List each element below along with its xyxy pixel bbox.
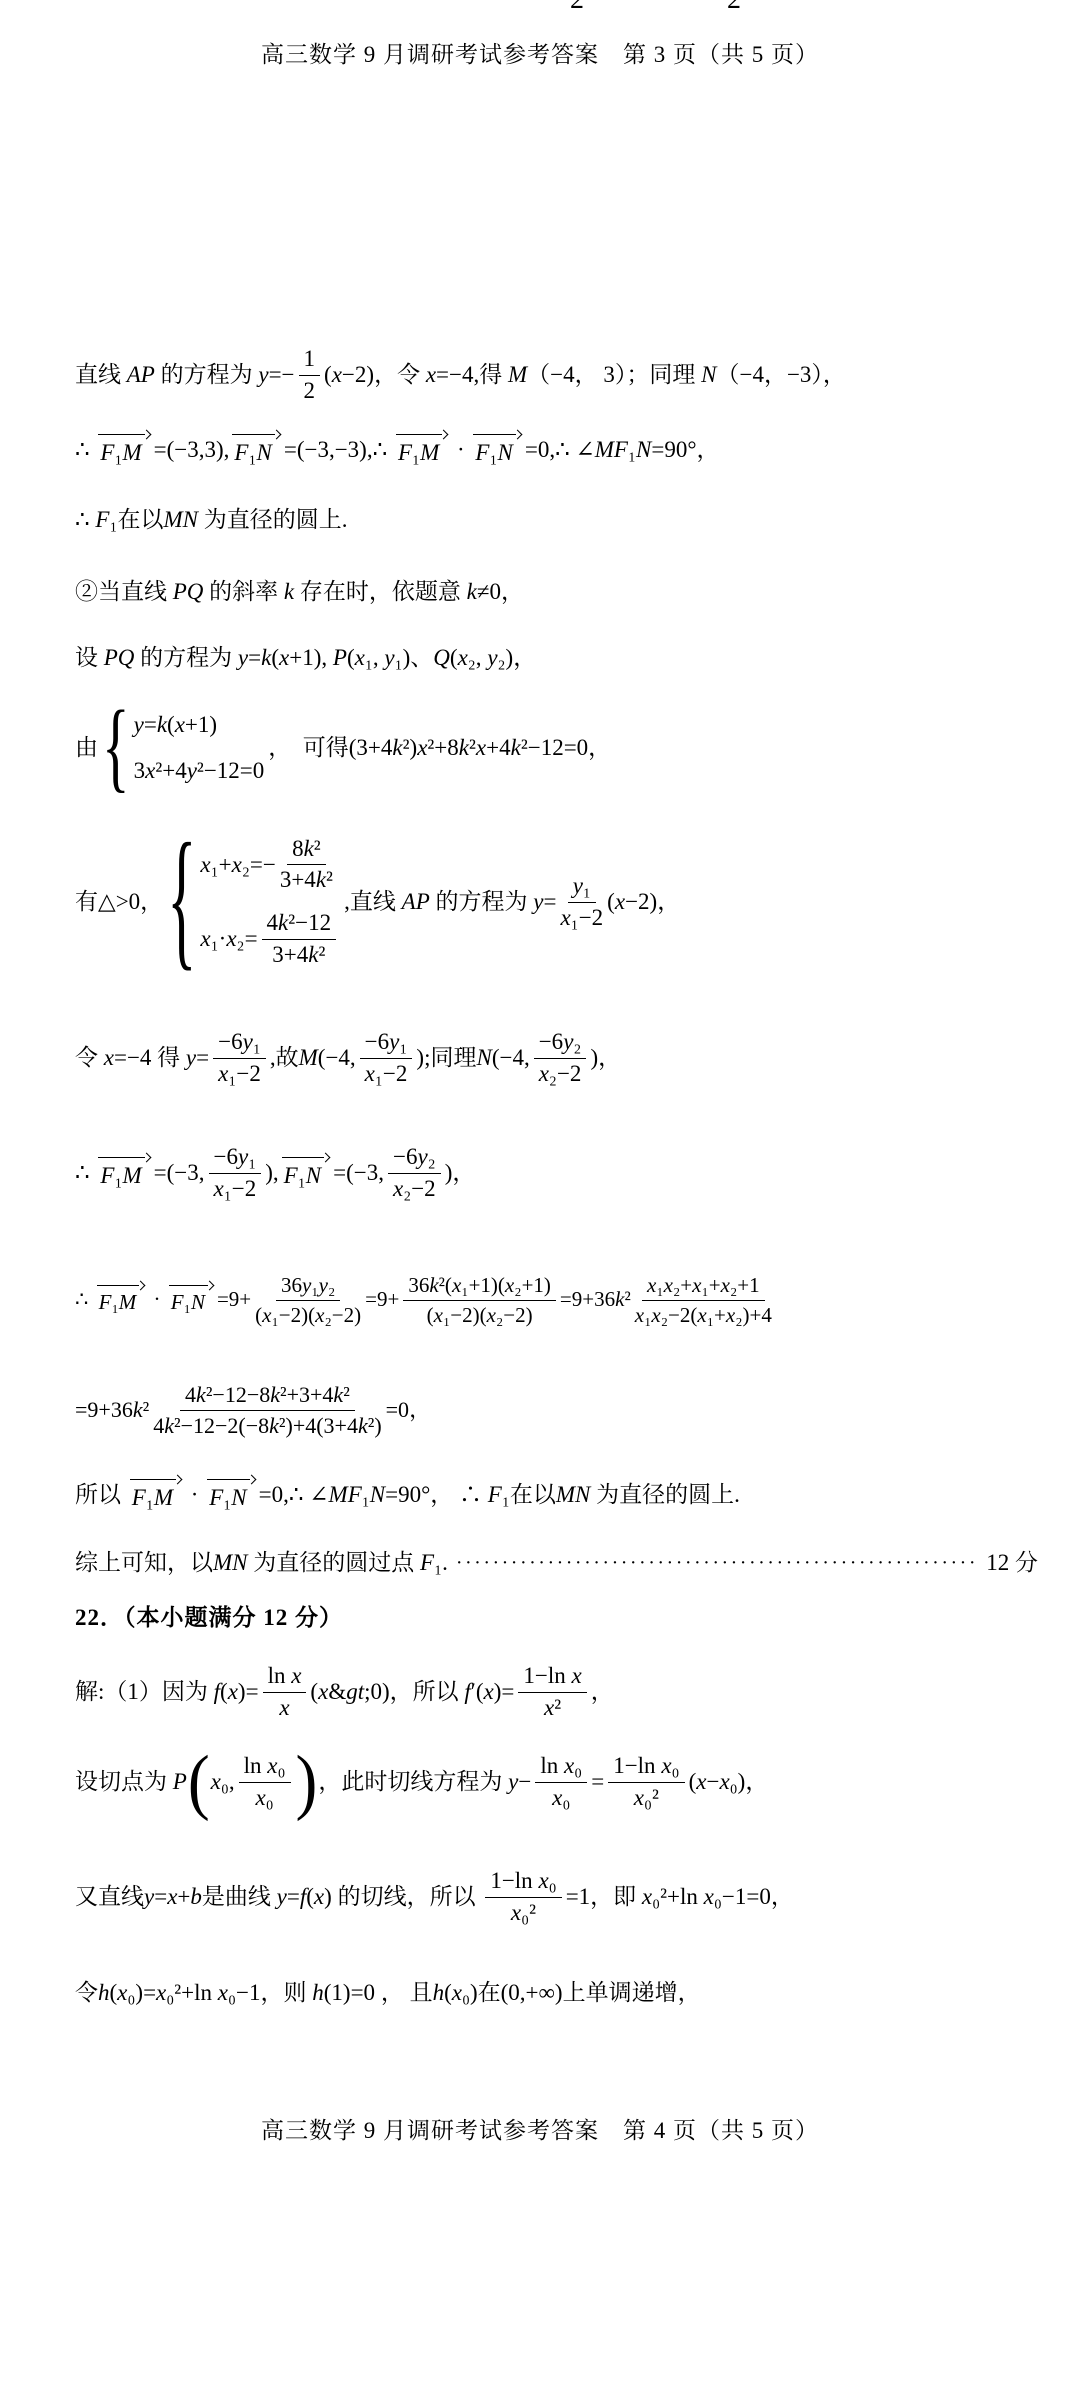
text-run: ，	[591, 1677, 614, 1707]
math-run: (0,+∞)	[501, 1978, 563, 2008]
text-run: ，	[745, 1767, 768, 1797]
math-run: Q(x₂, y₂)	[433, 643, 513, 673]
system-row: 3x²+4y²−12=0	[134, 756, 265, 786]
math-run: MN	[213, 1548, 248, 1578]
math-run: y=	[186, 1043, 209, 1073]
solution-line-4: ②当直线 PQ 的斜率 k 存在时，依题意 k≠0，	[75, 570, 1038, 614]
page4-footer: 高三数学 9 月调研考试参考答案 第 4 页（共 5 页）	[0, 2112, 1080, 2145]
text-run: ,直线	[344, 887, 402, 917]
text-run: ，	[697, 435, 720, 465]
math-run: h(x₀)=x₀²+ln x₀−1	[98, 1978, 261, 2008]
math-run: k	[284, 577, 294, 607]
math-run: =(−3,−3)	[284, 435, 367, 465]
problem-22-heading: 22．（本小题满分 12 分）	[75, 1596, 1038, 1640]
fraction-denominator: x	[279, 1693, 289, 1723]
text-run: ， ∴	[430, 1480, 488, 1510]
text-run: 设	[75, 643, 104, 673]
system-brace: {	[102, 698, 130, 799]
text-run: 令	[75, 1043, 104, 1073]
text-run: ，	[452, 1158, 475, 1188]
fraction-numerator: y₁	[568, 872, 596, 903]
fraction-numerator: 4k²−12−8k²+3+4k²	[180, 1381, 355, 1411]
fraction-denominator: x₁−2	[560, 903, 603, 933]
math-run: AP	[127, 360, 155, 390]
math-run: f′(x)=	[464, 1677, 514, 1707]
math-run: h(1)=0	[312, 1978, 375, 2008]
cutoff-fraction-digit: 2	[727, 0, 741, 16]
text-run: 解:（1）因为	[75, 1677, 214, 1707]
text-run: 在以	[117, 505, 163, 535]
math-run: ∠MF₁N=90°	[575, 435, 696, 465]
fraction-denominator: x₀²	[634, 1783, 659, 1813]
math-run: y=	[533, 887, 556, 917]
math-run: AP	[402, 887, 430, 917]
equation-system: {y=k(x+1)3x²+4y²−12=0	[102, 710, 264, 786]
math-run: =	[591, 1767, 604, 1797]
fraction-numerator: 1−ln x₀	[485, 1867, 561, 1898]
math-run: M(−4,	[299, 1043, 356, 1073]
text-run: ，	[409, 1396, 431, 1425]
math-run: ∠MF₁N=90°	[309, 1480, 430, 1510]
fraction-denominator: (x₁−2)(x₂−2)	[427, 1301, 533, 1328]
math-run: =1	[566, 1882, 590, 1912]
text-run: ，即	[590, 1882, 642, 1912]
fraction-numerator: ln x₀	[535, 1752, 587, 1783]
solution-line-18: 令h(x₀)=x₀²+ln x₀−1，则 h(1)=0 ， 且h(x₀)在(0,…	[75, 1968, 1038, 2018]
cutoff-fraction-digit: 2	[570, 0, 584, 16]
fraction-denominator: 2	[304, 376, 316, 406]
math-run: =9+36k²	[75, 1396, 149, 1425]
math-fraction: −6y₁x₁−2	[360, 1028, 413, 1089]
text-run: ，	[598, 1043, 621, 1073]
math-fraction: −6y₁x₁−2	[213, 1028, 266, 1089]
vector-overline: F₁M	[97, 1155, 151, 1191]
math-run: y=x+b	[144, 1882, 202, 1912]
vector-overline: F₁M	[129, 1477, 183, 1513]
math-fraction: ln x₀x₀	[239, 1752, 291, 1813]
text-run: ，	[771, 1882, 794, 1912]
math-run: )	[590, 1043, 598, 1073]
page3-header: 高三数学 9 月调研考试参考答案 第 3 页（共 5 页）	[0, 36, 1080, 69]
solution-line-15: 解:（1）因为 f(x)=ln xx(x&gt;0)，所以 f′(x)=1−ln…	[75, 1646, 1038, 1738]
text-run: ，	[513, 643, 536, 673]
math-run: (3+4k²)x²+8k²x+4k²−12=0	[349, 733, 588, 763]
math-fraction: 4k²−123+4k²	[262, 909, 337, 970]
text-run: ∴	[75, 1158, 95, 1188]
text-run: 存在时，依题意	[294, 577, 467, 607]
bold-text-run: 22．（本小题满分 12 分）	[75, 1603, 343, 1633]
text-run: 的方程为	[134, 643, 238, 673]
math-run: y=−	[258, 360, 294, 390]
math-fraction: 8k²3+4k²	[280, 835, 333, 896]
solution-line-11: =9+36k²4k²−12−8k²+3+4k²4k²−12−2(−8k²)+4(…	[75, 1362, 1038, 1458]
math-run: k≠0	[467, 577, 501, 607]
text-run: 直线	[75, 360, 127, 390]
math-run: M	[508, 360, 527, 390]
text-run: ， 且	[375, 1978, 433, 2008]
math-fraction: 4k²−12−8k²+3+4k²4k²−12−2(−8k²)+4(3+4k²)	[153, 1381, 381, 1439]
math-fraction: 36k²(x₁+1)(x₂+1)(x₁−2)(x₂−2)	[403, 1272, 556, 1328]
math-run: 3x²+4y²−12=0	[134, 756, 265, 786]
text-run: ，所以	[390, 1677, 465, 1707]
fraction-denominator: 3+4k²	[272, 940, 325, 970]
fraction-numerator: −6y₁	[213, 1028, 266, 1059]
dotted-leader: ········································…	[456, 1550, 976, 1576]
text-run: 的方程为	[155, 360, 259, 390]
math-fraction: ln x₀x₀	[535, 1752, 587, 1813]
text-run: ,∴	[367, 435, 393, 465]
solution-line-8: 令 x=−4 得 y=−6y₁x₁−2,故M(−4,−6y₁x₁−2);同理N(…	[75, 1012, 1038, 1104]
fraction-numerator: 8k²	[287, 835, 326, 866]
math-run: =0	[386, 1396, 409, 1425]
fraction-numerator: x₁x₂+x₁+x₂+1	[642, 1272, 765, 1300]
math-run: x₀,	[211, 1767, 235, 1797]
text-run: 有△>0，	[75, 887, 163, 917]
math-run: =(−3,3),	[154, 435, 230, 465]
math-fraction: y₁x₁−2	[560, 872, 603, 933]
fraction-numerator: ln x₀	[239, 1752, 291, 1783]
math-run: ·	[185, 1480, 204, 1510]
fraction-denominator: x₂−2	[539, 1059, 582, 1089]
math-run: (x&gt;0)	[310, 1677, 389, 1707]
math-run: (x−2)	[607, 887, 657, 917]
vector-overline: F₁N	[472, 432, 522, 468]
fraction-numerator: 36k²(x₁+1)(x₂+1)	[403, 1272, 556, 1300]
math-run: =(−3,	[333, 1158, 384, 1188]
solution-line-12: 所以 F₁M · F₁N=0,∴ ∠MF₁N=90°， ∴ F₁在以MN 为直径…	[75, 1470, 1038, 1520]
math-fraction: −6y₁x₁−2	[209, 1143, 262, 1204]
fraction-numerator: −6y₂	[388, 1143, 441, 1174]
math-run: ·	[148, 1286, 166, 1313]
text-run: 上单调递增，	[563, 1978, 701, 2008]
solution-line-3: ∴ F₁在以MN 为直径的圆上.	[75, 498, 1038, 542]
text-run: 令	[75, 1978, 98, 2008]
math-run: ),	[265, 1158, 278, 1188]
text-run: 在	[478, 1978, 501, 2008]
math-fraction: 12	[299, 345, 321, 406]
fraction-denominator: x₁x₂−2(x₁+x₂)+4	[635, 1301, 772, 1328]
vector-overline: F₁M	[96, 1283, 147, 1316]
math-run: N	[701, 360, 716, 390]
text-run: ，则	[261, 1978, 313, 2008]
text-run: 在以	[510, 1480, 556, 1510]
fraction-denominator: x₁−2	[214, 1174, 257, 1204]
solution-line-1: 直线 AP 的方程为 y=−12(x−2)，令 x=−4,得 M（−4， 3）；…	[75, 332, 1038, 418]
math-run: PQ	[104, 643, 135, 673]
text-run: 是曲线	[202, 1882, 277, 1912]
fraction-numerator: ln x	[263, 1662, 307, 1693]
vector-overline: F₁N	[281, 1155, 331, 1191]
math-run: (x−2)	[324, 360, 374, 390]
text-run: 同理	[430, 1043, 476, 1073]
math-run: ·	[451, 435, 470, 465]
math-run: =9+	[217, 1286, 251, 1313]
solution-line-16: 设切点为 P(x₀,ln x₀x₀)，此时切线方程为 y−ln x₀x₀=1−l…	[75, 1727, 1038, 1837]
text-run: ∴	[289, 1480, 309, 1510]
math-run: =0,	[525, 435, 555, 465]
text-run: ，此时切线方程为	[318, 1767, 508, 1797]
system-row: y=k(x+1)	[134, 710, 217, 740]
fraction-denominator: (x₁−2)(x₂−2)	[255, 1301, 361, 1328]
text-run: 故	[276, 1043, 299, 1073]
math-run: y=k(x+1), P(x₁, y₁)	[238, 643, 410, 673]
vector-overline: F₁M	[395, 432, 449, 468]
fraction-denominator: 3+4k²	[280, 865, 333, 895]
text-run: ∴	[75, 1286, 94, 1313]
vector-overline: F₁N	[206, 1477, 256, 1513]
text-run: （−4，−3），	[716, 360, 845, 390]
text-run: ，	[657, 887, 680, 917]
fraction-denominator: x₀	[552, 1783, 570, 1813]
fraction-numerator: 1−ln x₀	[608, 1752, 684, 1783]
text-run: ∴	[555, 435, 575, 465]
fraction-denominator: x²	[544, 1693, 561, 1723]
math-run: F₁	[488, 1480, 510, 1510]
math-run: )	[445, 1158, 453, 1188]
text-run: ，	[588, 733, 611, 763]
fraction-numerator: 1	[299, 345, 321, 376]
vector-overline: F₁N	[231, 432, 281, 468]
math-run: x=−4,	[426, 360, 479, 390]
text-run: 得	[479, 360, 508, 390]
math-run: MN	[163, 505, 198, 535]
math-fraction: 36y₁y₂(x₁−2)(x₂−2)	[255, 1272, 361, 1328]
solution-line-7: 有△>0，{x₁+x₂=−8k²3+4k²x₁·x₂=4k²−123+4k²,直…	[75, 817, 1038, 987]
vector-overline: F₁M	[97, 432, 151, 468]
math-fraction: 1−ln x₀x₀²	[608, 1752, 684, 1813]
text-run: （−4， 3）；同理	[527, 360, 701, 390]
math-fraction: 1−ln x₀x₀²	[485, 1867, 561, 1928]
text-run: ∴	[75, 435, 95, 465]
math-run: =(−3,	[154, 1158, 205, 1188]
fraction-numerator: 4k²−12	[262, 909, 337, 940]
solution-line-9: ∴ F₁M=(−3,−6y₁x₁−2),F₁N=(−3,−6y₂x₂−2)，	[75, 1127, 1038, 1219]
fraction-denominator: x₀²	[511, 1898, 536, 1928]
fraction-numerator: −6y₂	[534, 1028, 587, 1059]
math-run: );	[416, 1043, 430, 1073]
document-page: { "page": { "header": "高三数学 9 月调研考试参考答案 …	[0, 0, 1080, 2408]
text-run: 综上可知，以	[75, 1548, 213, 1578]
text-run: 为直径的圆上.	[590, 1480, 740, 1510]
fraction-numerator: 1−ln x	[518, 1662, 586, 1693]
solution-line-10: ∴ F₁M · F₁N=9+36y₁y₂(x₁−2)(x₂−2)=9+36k²(…	[75, 1252, 1038, 1348]
math-run: (x−x₀)	[689, 1767, 746, 1797]
math-run: MN	[556, 1480, 591, 1510]
text-run: 得	[151, 1043, 186, 1073]
text-run: 的斜率	[203, 577, 284, 607]
text-run: 又直线	[75, 1882, 144, 1912]
math-run: y−	[508, 1767, 531, 1797]
equation-system: {x₁+x₂=−8k²3+4k²x₁·x₂=4k²−123+4k²	[167, 835, 340, 970]
solution-line-6: 由{y=k(x+1)3x²+4y²−12=0， 可得(3+4k²)x²+8k²x…	[75, 696, 1038, 800]
math-run: h(x₀)	[433, 1978, 478, 2008]
system-brace: {	[167, 824, 196, 979]
math-run: y=k(x+1)	[134, 710, 217, 740]
fraction-denominator: x₁−2	[365, 1059, 408, 1089]
text-run: 12 分	[986, 1548, 1038, 1578]
text-run: 的切线，所以	[332, 1882, 482, 1912]
math-run: F₁.	[420, 1548, 448, 1578]
math-fraction: −6y₂x₂−2	[388, 1143, 441, 1204]
text-run: 为直径的圆上.	[198, 505, 348, 535]
text-run: 设切点为	[75, 1767, 173, 1797]
math-run: =9+	[365, 1286, 399, 1313]
solution-line-17: 又直线y=x+b是曲线 y=f(x) 的切线，所以 1−ln x₀x₀²=1，即…	[75, 1849, 1038, 1945]
math-run: x=−4	[104, 1043, 152, 1073]
math-fraction: 1−ln xx²	[518, 1662, 586, 1723]
system-rows: x₁+x₂=−8k²3+4k²x₁·x₂=4k²−123+4k²	[200, 835, 340, 970]
text-run: ②当直线	[75, 577, 173, 607]
math-fraction: ln xx	[263, 1662, 307, 1723]
system-row: x₁+x₂=−8k²3+4k²	[200, 835, 337, 896]
text-run: ， 可得	[268, 733, 349, 763]
math-run: x₀²+ln x₀−1=0	[642, 1882, 771, 1912]
math-fraction: −6y₂x₂−2	[534, 1028, 587, 1089]
fraction-numerator: −6y₁	[360, 1028, 413, 1059]
text-run: 为直径的圆过点	[248, 1548, 421, 1578]
text-run: 所以	[75, 1480, 127, 1510]
text-run: ，	[501, 577, 524, 607]
fraction-numerator: 36y₁y₂	[276, 1272, 340, 1300]
math-run: N(−4,	[476, 1043, 529, 1073]
vector-overline: F₁N	[168, 1283, 215, 1316]
solution-line-2: ∴ F₁M=(−3,3),F₁N=(−3,−3),∴ F₁M · F₁N=0,∴…	[75, 425, 1038, 475]
text-run: 由	[75, 733, 98, 763]
math-fraction: x₁x₂+x₁+x₂+1x₁x₂−2(x₁+x₂)+4	[635, 1272, 772, 1328]
math-run: y=f(x)	[277, 1882, 332, 1912]
solution-line-5: 设 PQ 的方程为 y=k(x+1), P(x₁, y₁)、Q(x₂, y₂)，	[75, 636, 1038, 680]
fraction-denominator: x₁−2	[218, 1059, 261, 1089]
math-run: x₁+x₂=−	[200, 850, 275, 880]
system-rows: y=k(x+1)3x²+4y²−12=0	[134, 710, 265, 786]
fraction-denominator: 4k²−12−2(−8k²)+4(3+4k²)	[153, 1411, 381, 1440]
math-run: PQ	[173, 577, 204, 607]
math-run: =9+36k²	[560, 1286, 631, 1313]
text-run: 的方程为	[430, 887, 534, 917]
system-row: x₁·x₂=4k²−123+4k²	[200, 909, 340, 970]
fraction-numerator: −6y₁	[209, 1143, 262, 1174]
math-run: F₁	[95, 505, 117, 535]
text-run: ∴	[75, 505, 95, 535]
solution-line-13: 综上可知，以MN 为直径的圆过点 F₁.····················…	[75, 1541, 1038, 1585]
math-run: P	[173, 1767, 187, 1797]
fraction-denominator: x₀	[255, 1783, 273, 1813]
math-run: x₁·x₂=	[200, 924, 257, 954]
text-run: ，令	[374, 360, 426, 390]
fraction-denominator: x₂−2	[393, 1174, 436, 1204]
math-run: =0,	[259, 1480, 289, 1510]
text-run: 、	[410, 643, 433, 673]
math-run: f(x)=	[214, 1677, 259, 1707]
